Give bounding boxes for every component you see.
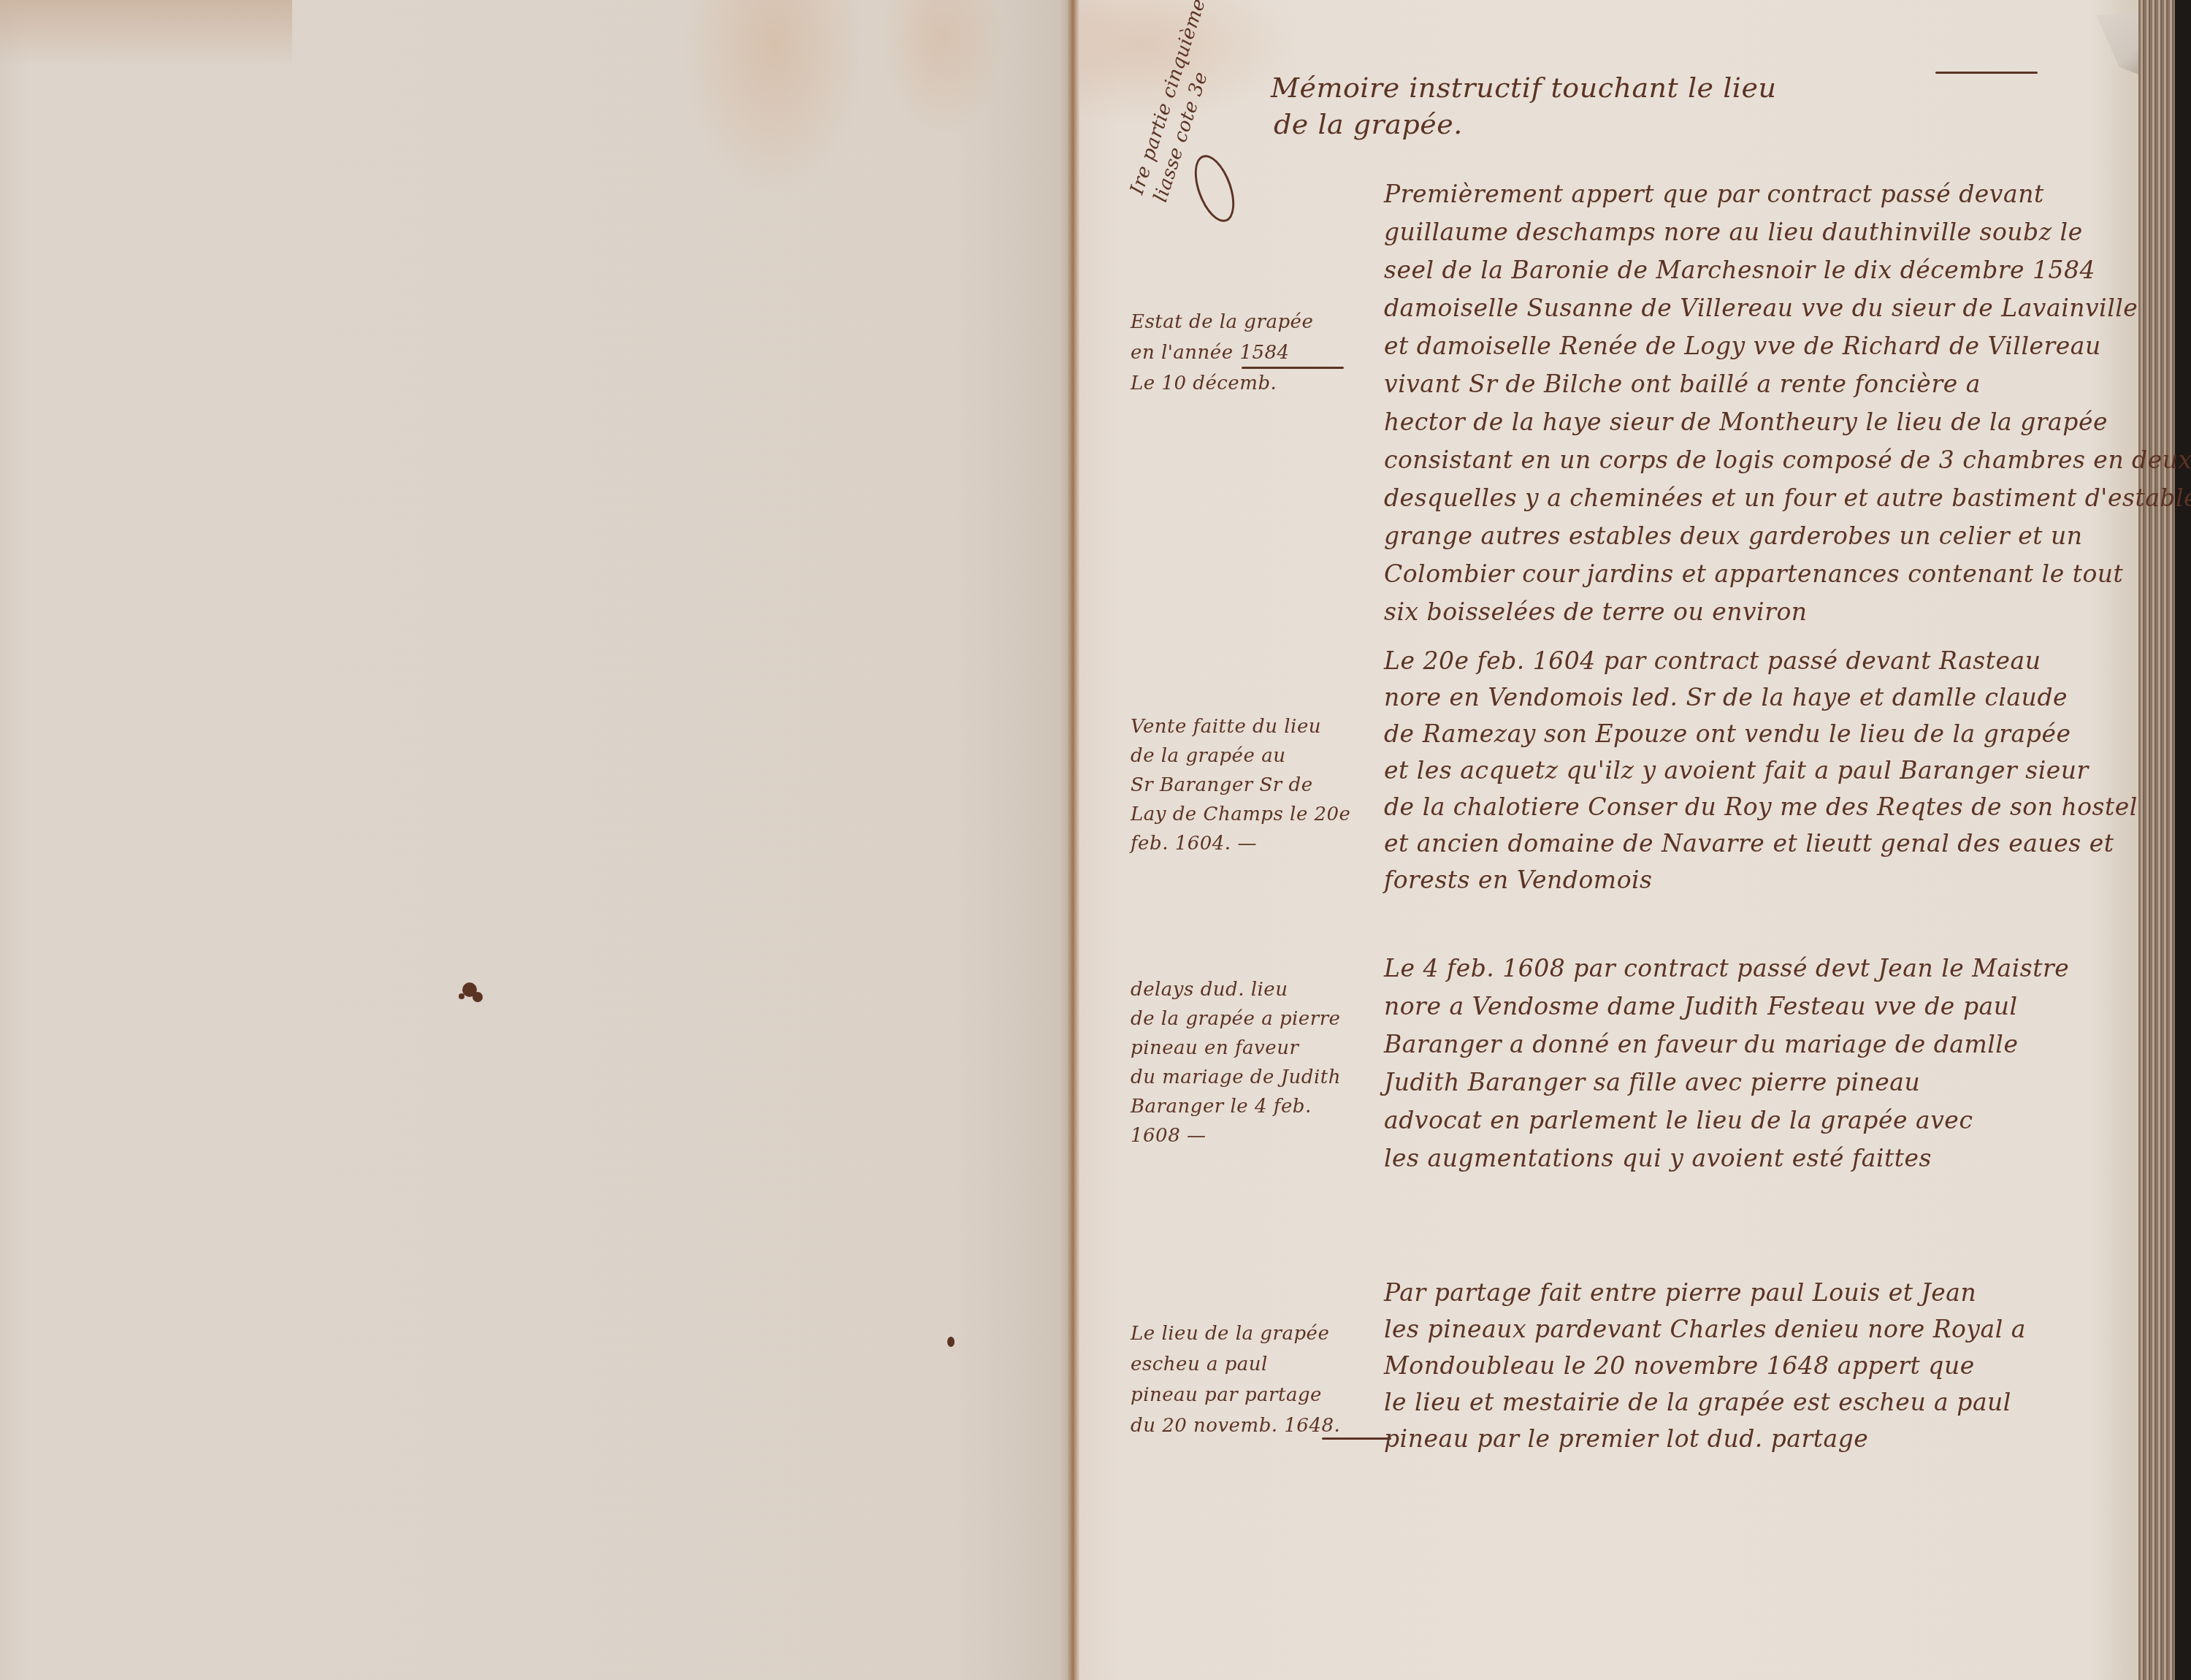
margin-line: 1608 — <box>1131 1121 1341 1150</box>
text-line: six boisselées de terre ou environ <box>1384 593 2191 631</box>
margin-underline <box>1322 1437 1391 1440</box>
entry-text: Par partage fait entre pierre paul Louis… <box>1384 1275 2026 1457</box>
text-line: Le 20e feb. 1604 par contract passé deva… <box>1384 643 2138 679</box>
text-line: guillaume deschamps nore au lieu dauthin… <box>1384 213 2191 251</box>
text-line: advocat en parlement le lieu de la grapé… <box>1384 1101 2069 1139</box>
margin-line: Sr Baranger Sr de <box>1131 771 1351 800</box>
text-line: de la chalotiere Conser du Roy me des Re… <box>1384 789 2138 825</box>
text-line: les augmentations qui y avoient esté fai… <box>1384 1139 2069 1177</box>
text-line: Le 4 feb. 1608 par contract passé devt J… <box>1384 950 2069 988</box>
margin-line: pineau en faveur <box>1131 1034 1341 1063</box>
text-line: consistant en un corps de logis composé … <box>1384 441 2191 479</box>
ink-stain <box>947 1337 955 1347</box>
margin-line: escheu a paul <box>1131 1349 1340 1380</box>
book-gutter <box>1068 0 1079 1680</box>
text-line: le lieu et mestairie de la grapée est es… <box>1384 1384 2026 1421</box>
margin-note: Le lieu de la grapée escheu a paul pinea… <box>1131 1318 1340 1441</box>
text-line: Colombier cour jardins et appartenances … <box>1384 555 2191 593</box>
left-page-blank <box>0 0 1074 1680</box>
title-line: Mémoire instructif touchant le lieu <box>1271 69 1776 106</box>
margin-line: Estat de la grapée <box>1131 307 1313 337</box>
text-line: hector de la haye sieur de Montheury le … <box>1384 403 2191 441</box>
margin-line: Baranger le 4 feb. <box>1131 1092 1341 1121</box>
text-line: Premièrement appert que par contract pas… <box>1384 175 2191 213</box>
text-line: seel de la Baronie de Marchesnoir le dix… <box>1384 251 2191 289</box>
title-line: de la grapée. <box>1274 106 1776 142</box>
text-line: de Ramezay son Epouze ont vendu le lieu … <box>1384 716 2138 752</box>
margin-line: de la grapée a pierre <box>1131 1004 1341 1034</box>
margin-note: Vente faitte du lieu de la grapée au Sr … <box>1131 712 1351 858</box>
margin-line: en l'année 1584 <box>1131 337 1313 368</box>
entry-text: Premièrement appert que par contract pas… <box>1384 175 2191 631</box>
margin-line: Le lieu de la grapée <box>1131 1318 1340 1349</box>
text-line: et ancien domaine de Navarre et lieutt g… <box>1384 825 2138 862</box>
title-flourish <box>1935 72 2038 74</box>
text-line: grange autres estables deux garderobes u… <box>1384 517 2191 555</box>
margin-note: delays dud. lieu de la grapée a pierre p… <box>1131 975 1341 1150</box>
document-title: Mémoire instructif touchant le lieu de l… <box>1271 69 1776 142</box>
margin-note: Estat de la grapée en l'année 1584 Le 10… <box>1131 307 1313 399</box>
text-line: Mondoubleau le 20 novembre 1648 appert q… <box>1384 1348 2026 1384</box>
text-line: Judith Baranger sa fille avec pierre pin… <box>1384 1064 2069 1101</box>
text-line: nore a Vendosme dame Judith Festeau vve … <box>1384 988 2069 1026</box>
text-line: Baranger a donné en faveur du mariage de… <box>1384 1026 2069 1064</box>
entry-text: Le 20e feb. 1604 par contract passé deva… <box>1384 643 2138 898</box>
margin-line: pineau par partage <box>1131 1380 1340 1410</box>
margin-line: delays dud. lieu <box>1131 975 1341 1004</box>
text-line: Par partage fait entre pierre paul Louis… <box>1384 1275 2026 1311</box>
text-line: et les acquetz qu'ilz y avoient fait a p… <box>1384 752 2138 789</box>
text-line: les pineaux pardevant Charles denieu nor… <box>1384 1311 2026 1348</box>
text-line: et damoiselle Renée de Logy vve de Richa… <box>1384 327 2191 365</box>
margin-line: du mariage de Judith <box>1131 1063 1341 1092</box>
entry-text: Le 4 feb. 1608 par contract passé devt J… <box>1384 950 2069 1177</box>
margin-line: feb. 1604. — <box>1131 829 1351 858</box>
ink-stain <box>459 993 464 999</box>
margin-line: du 20 novemb. 1648. <box>1131 1410 1340 1441</box>
text-line: vivant Sr de Bilche ont baillé a rente f… <box>1384 365 2191 403</box>
text-line: desquelles y a cheminées et un four et a… <box>1384 479 2191 517</box>
text-line: forests en Vendomois <box>1384 862 2138 898</box>
ink-stain <box>473 992 483 1002</box>
text-line: nore en Vendomois led. Sr de la haye et … <box>1384 679 2138 716</box>
margin-line: Lay de Champs le 20e <box>1131 800 1351 829</box>
manuscript-spread: Mémoire instructif touchant le lieu de l… <box>0 0 2191 1680</box>
margin-line: Vente faitte du lieu <box>1131 712 1351 741</box>
margin-line: de la grapée au <box>1131 741 1351 771</box>
margin-underline <box>1242 367 1344 369</box>
text-line: pineau par le premier lot dud. partage <box>1384 1421 2026 1457</box>
margin-line: Le 10 décemb. <box>1131 368 1313 399</box>
text-line: damoiselle Susanne de Villereau vve du s… <box>1384 289 2191 327</box>
